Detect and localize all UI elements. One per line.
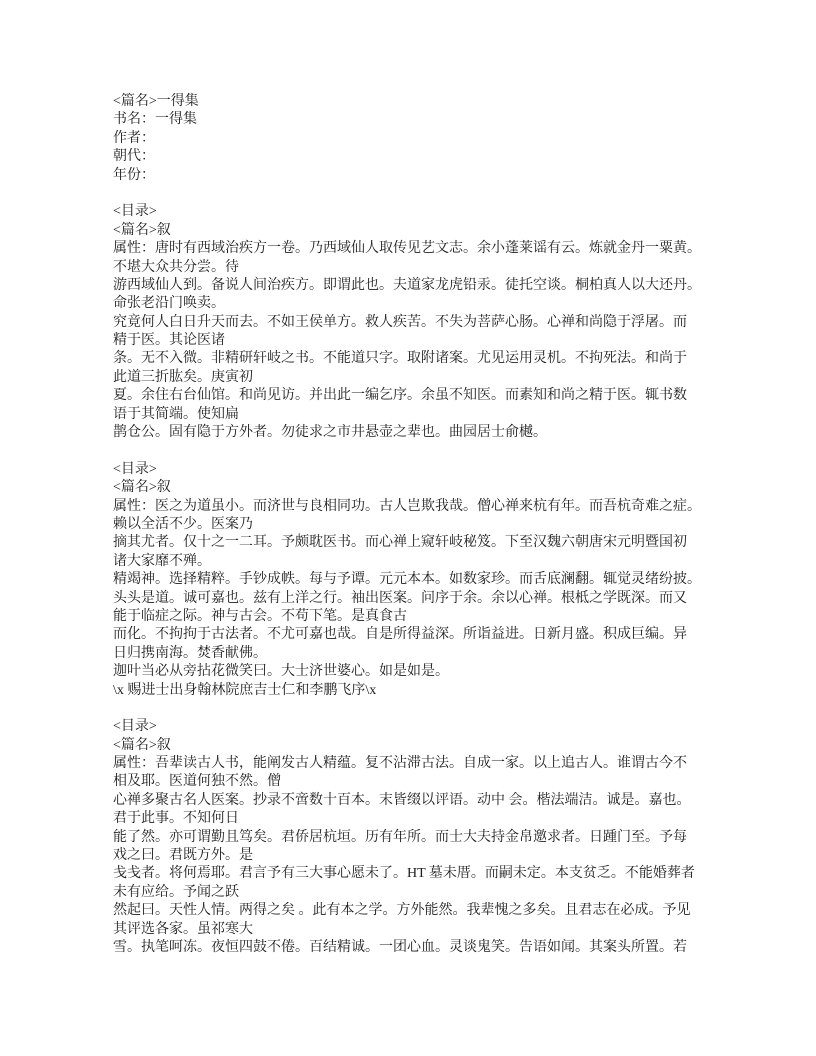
text-line: 游西域仙人到。备说人间治疾方。即谓此也。夫道家龙虎铅汞。徒托空谈。桐柏真人以大还…	[113, 277, 713, 295]
text-line: 能于临症之际。神与古会。不苟下笔。是真食古	[113, 608, 713, 626]
document-page: <篇名>一得集书名：一得集作者：朝代：年份：<目录><篇名>叙属性：唐时有西域治…	[0, 0, 816, 1056]
text-line: 迦叶当必从旁拈花微笑曰。大士济世婆心。如是如是。	[113, 663, 713, 681]
text-line: <目录>	[113, 718, 713, 736]
text-line: 戏之曰。君既方外。是	[113, 847, 713, 865]
text-line: 君于此事。不知何日	[113, 810, 713, 828]
text-line: 究竟何人白日升天而去。不如王侯单方。救人疾苦。不失为菩萨心肠。心禅和尚隐于浮屠。…	[113, 314, 713, 332]
text-line: 精于医。其论医诸	[113, 332, 713, 350]
text-line: 戋戋者。将何焉耶。君言予有三大事心愿未了。HT 墓未厝。而嗣未定。本支贫乏。不能…	[113, 865, 713, 883]
text-line: 诸大家靡不殚。	[113, 553, 713, 571]
text-line: 夏。余住右台仙馆。和尚见访。并出此一编乞序。余虽不知医。而素知和尚之精于医。辄书…	[113, 387, 713, 405]
text-line: <目录>	[113, 203, 713, 221]
text-line: 相及耶。医道何独不然。僧	[113, 773, 713, 791]
text-line: <篇名>叙	[113, 737, 713, 755]
text-line: 鹊仓公。固有隐于方外者。勿徒求之市井悬壶之辈也。曲园居士俞樾。	[113, 424, 713, 442]
section-preface-li-pengfei: <目录><篇名>叙属性：医之为道虽小。而济世与良相同功。古人岂欺我哉。僧心禅来杭…	[113, 461, 713, 700]
text-line: 未有应给。予闻之跃	[113, 884, 713, 902]
text-line: 赖以全活不少。医案乃	[113, 516, 713, 534]
text-line: 属性：唐时有西域治疾方一卷。乃西域仙人取传见艺文志。余小蓬莱谣有云。炼就金丹一粟…	[113, 240, 713, 258]
text-line: <目录>	[113, 461, 713, 479]
text-line: <篇名>叙	[113, 222, 713, 240]
text-line: 然起曰。天性人情。两得之矣 。此有本之学。方外能然。我辈愧之多矣。且君志在必成。…	[113, 902, 713, 920]
text-line: 能了然。亦可谓勤且笃矣。君侨居杭垣。历有年所。而士大夫持金帛邀求者。日踵门至。予…	[113, 829, 713, 847]
text-line: 语于其简端。使知扁	[113, 406, 713, 424]
text-line: 作者：	[113, 130, 713, 148]
text-line: 年份：	[113, 167, 713, 185]
text-line: <篇名>一得集	[113, 93, 713, 111]
text-line: <篇名>叙	[113, 479, 713, 497]
text-line: 条。无不入微。非精研轩岐之书。不能道只字。取附诸案。尤见运用灵机。不拘死法。和尚…	[113, 350, 713, 368]
text-block: <篇名>一得集书名：一得集作者：朝代：年份：<目录><篇名>叙属性：唐时有西域治…	[113, 93, 713, 957]
text-line: 属性：医之为道虽小。而济世与良相同功。古人岂欺我哉。僧心禅来杭有年。而吾杭奇难之…	[113, 498, 713, 516]
section-preface-yu-yue: <目录><篇名>叙属性：唐时有西域治疾方一卷。乃西域仙人取传见艺文志。余小蓬莱谣…	[113, 203, 713, 442]
text-line: 雪。执笔呵冻。夜恒四鼓不倦。百结精诚。一团心血。灵谈鬼笑。告语如闻。其案头所置。…	[113, 939, 713, 957]
text-line: 其评选各家。虽祁寒大	[113, 921, 713, 939]
text-line: 此道三折肱矣。庚寅初	[113, 369, 713, 387]
text-line: 头头是道。诚可嘉也。兹有上洋之行。袖出医案。问序于余。余以心禅。根柢之学既深。而…	[113, 590, 713, 608]
section-metadata: <篇名>一得集书名：一得集作者：朝代：年份：	[113, 93, 713, 185]
text-line: 命张老沿门唤卖。	[113, 295, 713, 313]
text-line: 而化。不拘拘于古法者。不尤可嘉也哉。自是所得益深。所诣益进。日新月盛。积成巨编。…	[113, 626, 713, 644]
text-line: 心禅多聚古名人医案。抄录不啻数十百本。末皆缀以评语。动中 会。楷法端洁。诚是。嘉…	[113, 792, 713, 810]
text-line: 不堪大众共分尝。待	[113, 259, 713, 277]
text-line: 属性：吾辈读古人书，能阐发古人精蕴。复不沾滞古法。自成一家。以上追古人。谁谓古今…	[113, 755, 713, 773]
text-line: 摘其尤者。仅十之一二耳。予颇耽医书。而心禅上窥轩岐秘笈。下至汉魏六朝唐宋元明暨国…	[113, 534, 713, 552]
text-line: \x 赐进士出身翰林院庶吉士仁和李鹏飞序\x	[113, 682, 713, 700]
text-line: 精竭神。选择精粹。手钞成帙。每与予谭。元元本本。如数家珍。而舌底澜翻。辄觉灵绪纷…	[113, 571, 713, 589]
text-line: 书名：一得集	[113, 111, 713, 129]
section-preface-third: <目录><篇名>叙属性：吾辈读古人书，能阐发古人精蕴。复不沾滞古法。自成一家。以…	[113, 718, 713, 957]
text-line: 日归携南海。焚香献佛。	[113, 645, 713, 663]
text-line: 朝代：	[113, 148, 713, 166]
